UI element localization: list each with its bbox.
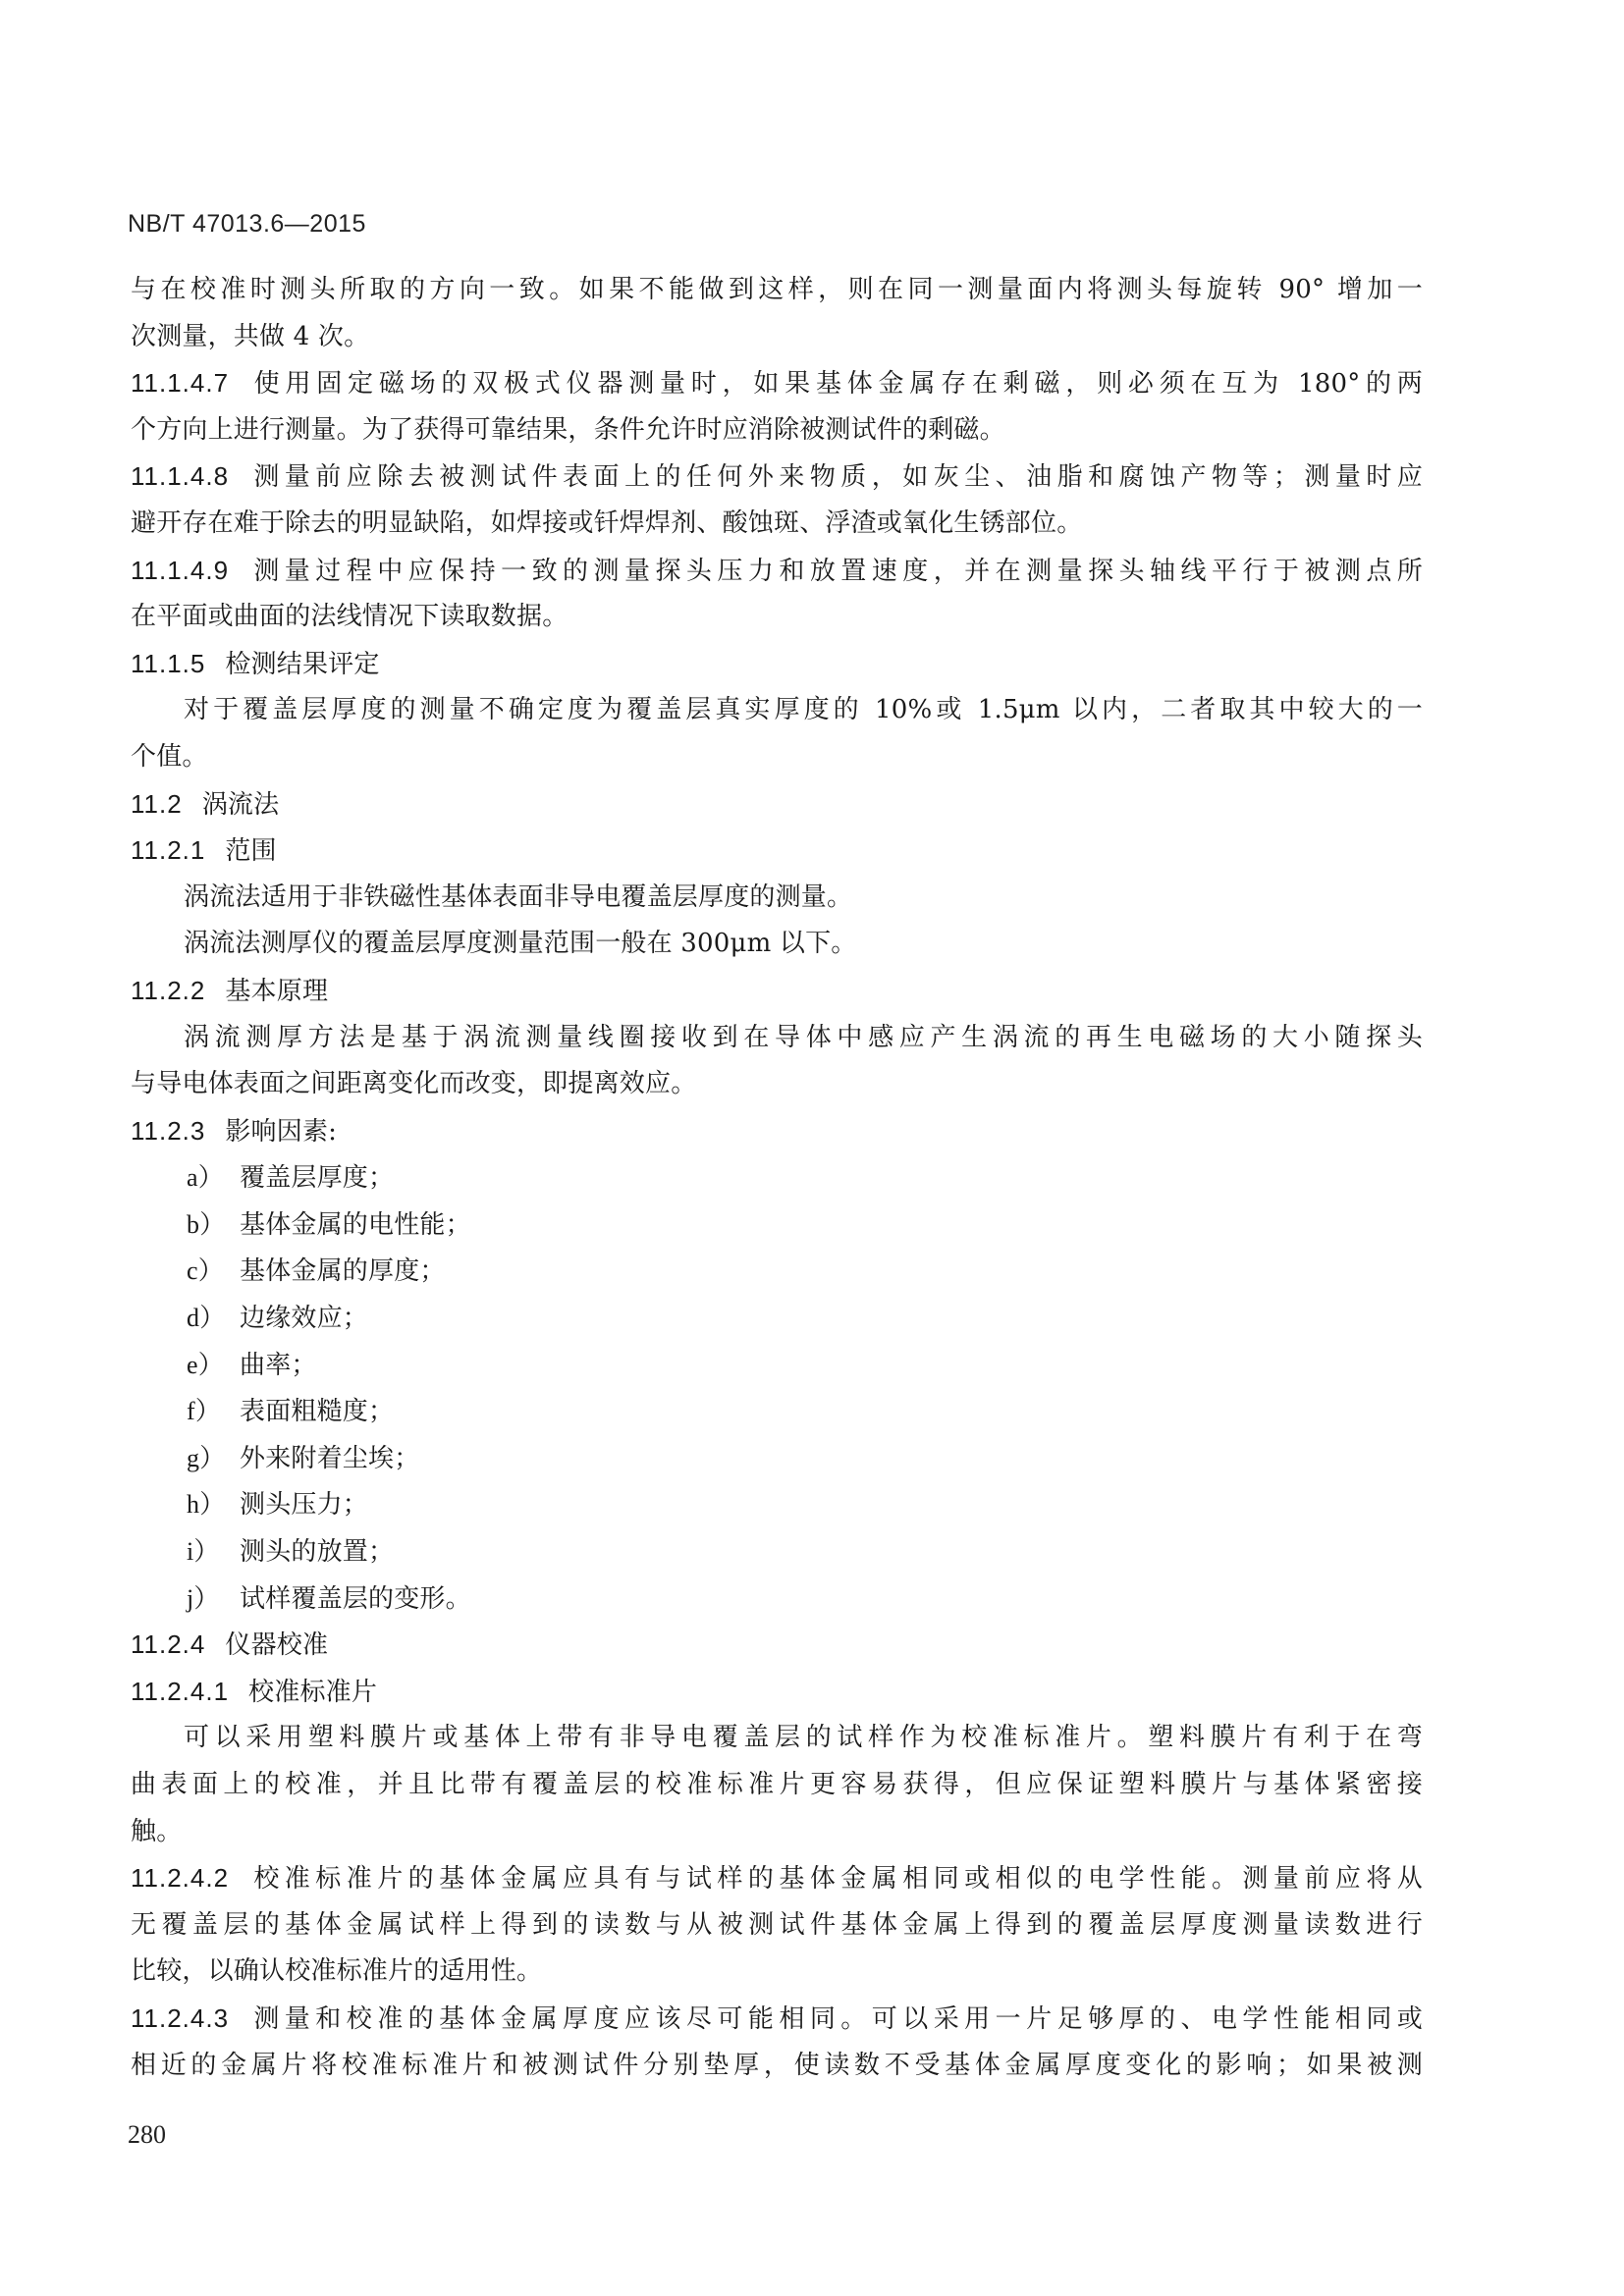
clause-number: 11.2.2 <box>131 968 205 1015</box>
heading-11-2: 11.2涡流法 <box>131 781 1423 828</box>
list-text: 表面粗糙度； <box>240 1397 394 1426</box>
clause-number: 11.2.4 <box>131 1622 205 1669</box>
clause-number: 11.1.4.7 <box>131 360 229 407</box>
clause-text: 测量和校准的基体金属厚度应该尽可能相同。可以采用一片足够厚的、电学性能相同或 <box>248 2004 1423 2034</box>
list-item: h）测头压力； <box>131 1481 1423 1528</box>
list-item: b）基体金属的电性能； <box>131 1201 1423 1249</box>
standard-code-header: NB/T 47013.6—2015 <box>128 210 366 239</box>
list-marker: i） <box>187 1528 240 1575</box>
paragraph-line: 次测量，共做 4 次。 <box>131 314 1423 361</box>
page-number: 280 <box>128 2120 166 2150</box>
heading-title: 影响因素: <box>225 1117 337 1147</box>
heading-11-1-5: 11.1.5检测结果评定 <box>131 641 1423 688</box>
paragraph-line: 避开存在难于除去的明显缺陷，如焊接或钎焊焊剂、酸蚀斑、浮渣或氧化生锈部位。 <box>131 501 1423 548</box>
list-text: 曲率； <box>240 1351 317 1380</box>
paragraph-line: 与在校准时测头所取的方向一致。如果不能做到这样，则在同一测量面内将测头每旋转 9… <box>131 267 1423 314</box>
list-marker: g） <box>187 1435 240 1482</box>
list-text: 测头压力； <box>240 1490 368 1520</box>
heading-11-2-2: 11.2.2基本原理 <box>131 968 1423 1015</box>
clause-number: 11.2.4.3 <box>131 1996 229 2043</box>
list-text: 覆盖层厚度； <box>240 1163 394 1193</box>
paragraph-line: 触。 <box>131 1809 1423 1856</box>
clause-number: 11.2.1 <box>131 828 205 875</box>
heading-title: 基本原理 <box>225 977 328 1006</box>
paragraph-line: 个方向上进行测量。为了获得可靠结果，条件允许时应消除被测试件的剩磁。 <box>131 407 1423 454</box>
list-item: i）测头的放置； <box>131 1528 1423 1575</box>
list-marker: f） <box>187 1388 240 1435</box>
heading-11-2-3: 11.2.3影响因素: <box>131 1108 1423 1155</box>
clause-text: 校准标准片的基体金属应具有与试样的基体金属相同或相似的电学性能。测量前应将从 <box>248 1864 1423 1894</box>
list-item: g）外来附着尘埃； <box>131 1435 1423 1482</box>
clause-11-1-4-8: 11.1.4.8测量前应除去被测试件表面上的任何外来物质，如灰尘、油脂和腐蚀产物… <box>131 454 1423 501</box>
heading-11-2-4-1: 11.2.4.1校准标准片 <box>131 1669 1423 1716</box>
clause-11-1-4-7: 11.1.4.7使用固定磁场的双极式仪器测量时，如果基体金属存在剩磁，则必须在互… <box>131 360 1423 407</box>
clause-11-2-4-2: 11.2.4.2校准标准片的基体金属应具有与试样的基体金属相同或相似的电学性能。… <box>131 1855 1423 1902</box>
paragraph-line: 相近的金属片将校准标准片和被测试件分别垫厚，使读数不受基体金属厚度变化的影响；如… <box>131 2043 1423 2090</box>
clause-number: 11.2.4.1 <box>131 1669 229 1716</box>
clause-number: 11.1.5 <box>131 641 205 688</box>
list-marker: j） <box>187 1575 240 1623</box>
list-text: 边缘效应； <box>240 1304 368 1333</box>
heading-11-2-1: 11.2.1范围 <box>131 828 1423 875</box>
paragraph-line: 涡流测厚方法是基于涡流测量线圈接收到在导体中感应产生涡流的再生电磁场的大小随探头 <box>131 1015 1423 1062</box>
heading-title: 涡流法 <box>202 790 280 820</box>
heading-title: 仪器校准 <box>225 1630 328 1660</box>
list-marker: d） <box>187 1295 240 1342</box>
document-body: 与在校准时测头所取的方向一致。如果不能做到这样，则在同一测量面内将测头每旋转 9… <box>131 267 1423 2089</box>
list-item: a）覆盖层厚度； <box>131 1154 1423 1201</box>
paragraph-line: 涡流法适用于非铁磁性基体表面非导电覆盖层厚度的测量。 <box>131 875 1423 922</box>
list-marker: a） <box>187 1154 240 1201</box>
paragraph-line: 个值。 <box>131 734 1423 781</box>
list-item: j）试样覆盖层的变形。 <box>131 1575 1423 1623</box>
list-marker: b） <box>187 1201 240 1249</box>
list-text: 基体金属的电性能； <box>240 1210 471 1240</box>
paragraph-line: 对于覆盖层厚度的测量不确定度为覆盖层真实厚度的 10%或 1.5μm 以内，二者… <box>131 687 1423 734</box>
paragraph-line: 比较，以确认校准标准片的适用性。 <box>131 1949 1423 1996</box>
heading-title: 校准标准片 <box>248 1678 377 1707</box>
clause-number: 11.1.4.9 <box>131 548 229 595</box>
clause-number: 11.2.3 <box>131 1108 205 1155</box>
clause-text: 测量前应除去被测试件表面上的任何外来物质，如灰尘、油脂和腐蚀产物等；测量时应 <box>248 462 1423 492</box>
clause-11-2-4-3: 11.2.4.3测量和校准的基体金属厚度应该尽可能相同。可以采用一片足够厚的、电… <box>131 1996 1423 2043</box>
paragraph-line: 与导电体表面之间距离变化而改变，即提离效应。 <box>131 1061 1423 1108</box>
list-marker: c） <box>187 1248 240 1295</box>
clause-text: 测量过程中应保持一致的测量探头压力和放置速度，并在测量探头轴线平行于被测点所 <box>248 557 1423 586</box>
clause-number: 11.2.4.2 <box>131 1855 229 1902</box>
paragraph-line: 涡流法测厚仪的覆盖层厚度测量范围一般在 300μm 以下。 <box>131 921 1423 968</box>
list-text: 基体金属的厚度； <box>240 1256 446 1286</box>
list-text: 外来附着尘埃； <box>240 1444 419 1473</box>
paragraph-line: 无覆盖层的基体金属试样上得到的读数与从被测试件基体金属上得到的覆盖层厚度测量读数… <box>131 1902 1423 1949</box>
document-page: NB/T 47013.6—2015 与在校准时测头所取的方向一致。如果不能做到这… <box>0 0 1624 2296</box>
paragraph-line: 在平面或曲面的法线情况下读取数据。 <box>131 594 1423 641</box>
list-marker: e） <box>187 1342 240 1389</box>
clause-11-1-4-9: 11.1.4.9测量过程中应保持一致的测量探头压力和放置速度，并在测量探头轴线平… <box>131 548 1423 595</box>
list-item: e）曲率； <box>131 1342 1423 1389</box>
heading-title: 检测结果评定 <box>225 650 379 679</box>
clause-number: 11.2 <box>131 781 183 828</box>
heading-title: 范围 <box>225 836 276 866</box>
clause-number: 11.1.4.8 <box>131 454 229 501</box>
list-item: c）基体金属的厚度； <box>131 1248 1423 1295</box>
list-text: 试样覆盖层的变形。 <box>240 1584 471 1614</box>
heading-11-2-4: 11.2.4仪器校准 <box>131 1622 1423 1669</box>
list-marker: h） <box>187 1481 240 1528</box>
clause-text: 使用固定磁场的双极式仪器测量时，如果基体金属存在剩磁，则必须在互为 180°的两 <box>248 369 1423 399</box>
paragraph-line: 曲表面上的校准，并且比带有覆盖层的校准标准片更容易获得，但应保证塑料膜片与基体紧… <box>131 1762 1423 1809</box>
paragraph-line: 可以采用塑料膜片或基体上带有非导电覆盖层的试样作为校准标准片。塑料膜片有利于在弯 <box>131 1715 1423 1762</box>
list-item: f）表面粗糙度； <box>131 1388 1423 1435</box>
list-text: 测头的放置； <box>240 1537 394 1567</box>
list-item: d）边缘效应； <box>131 1295 1423 1342</box>
